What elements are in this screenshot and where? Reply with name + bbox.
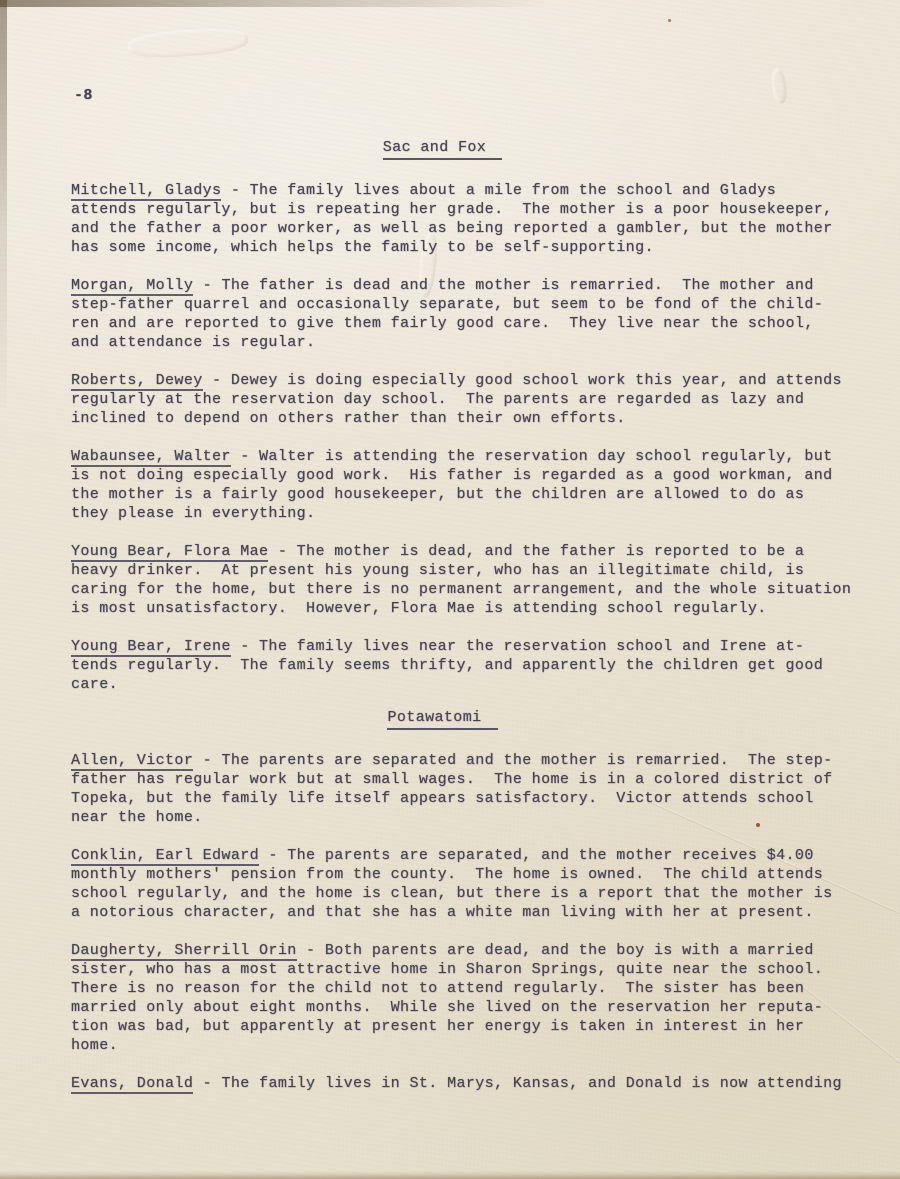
entry-name: Evans, Donald (71, 1075, 193, 1094)
entry-morgan-molly: Morgan, Molly - The father is dead and t… (71, 276, 866, 352)
paper-emboss-mark (770, 67, 789, 105)
section-heading: Potawatomi (45, 708, 840, 727)
entry-mitchell-gladys: Mitchell, Gladys - The family lives abou… (71, 181, 866, 257)
entry-name: Allen, Victor (71, 752, 193, 771)
entry-allen-victor: Allen, Victor - The parents are separate… (71, 751, 866, 827)
entry-name: Young Bear, Flora Mae (71, 543, 268, 562)
section-sac-and-fox: Sac and Fox Mitchell, Gladys - The famil… (71, 138, 866, 694)
paper-emboss-mark (127, 26, 249, 60)
section-heading-text: Sac and Fox (383, 138, 502, 160)
paper-fleck (668, 19, 671, 22)
entry-name: Conklin, Earl Edward (71, 847, 259, 866)
entry-roberts-dewey: Roberts, Dewey - Dewey is doing especial… (71, 371, 866, 428)
entry-name: Morgan, Molly (71, 277, 193, 296)
entry-evans-donald: Evans, Donald - The family lives in St. … (71, 1074, 866, 1093)
paper-edge-shadow-top (0, 0, 900, 7)
paper-edge-shadow-bottom (0, 1171, 900, 1179)
entry-text: - The family lives in St. Marys, Kansas,… (193, 1075, 842, 1092)
section-heading-text: Potawatomi (387, 708, 497, 730)
entry-young-bear-irene: Young Bear, Irene - The family lives nea… (71, 637, 866, 694)
section-potawatomi: Potawatomi Allen, Victor - The parents a… (71, 708, 866, 1093)
entry-name: Roberts, Dewey (71, 372, 203, 391)
entry-name: Daugherty, Sherrill Orin (71, 942, 297, 961)
entry-name: Young Bear, Irene (71, 638, 231, 657)
entry-wabaunsee-walter: Wabaunsee, Walter - Walter is attending … (71, 447, 866, 523)
entry-young-bear-flora-mae: Young Bear, Flora Mae - The mother is de… (71, 542, 866, 618)
entry-daugherty-sherrill-orin: Daugherty, Sherrill Orin - Both parents … (71, 941, 866, 1055)
entry-conklin-earl-edward: Conklin, Earl Edward - The parents are s… (71, 846, 866, 922)
paper-edge-shadow-left (0, 0, 7, 420)
entry-name: Mitchell, Gladys (71, 182, 221, 201)
section-heading: Sac and Fox (45, 138, 840, 157)
entry-name: Wabaunsee, Walter (71, 448, 231, 467)
page-number: -8 (74, 86, 93, 105)
document-body: Sac and Fox Mitchell, Gladys - The famil… (71, 138, 866, 1093)
document-page: -8 Sac and Fox Mitchell, Gladys - The fa… (0, 0, 900, 1179)
